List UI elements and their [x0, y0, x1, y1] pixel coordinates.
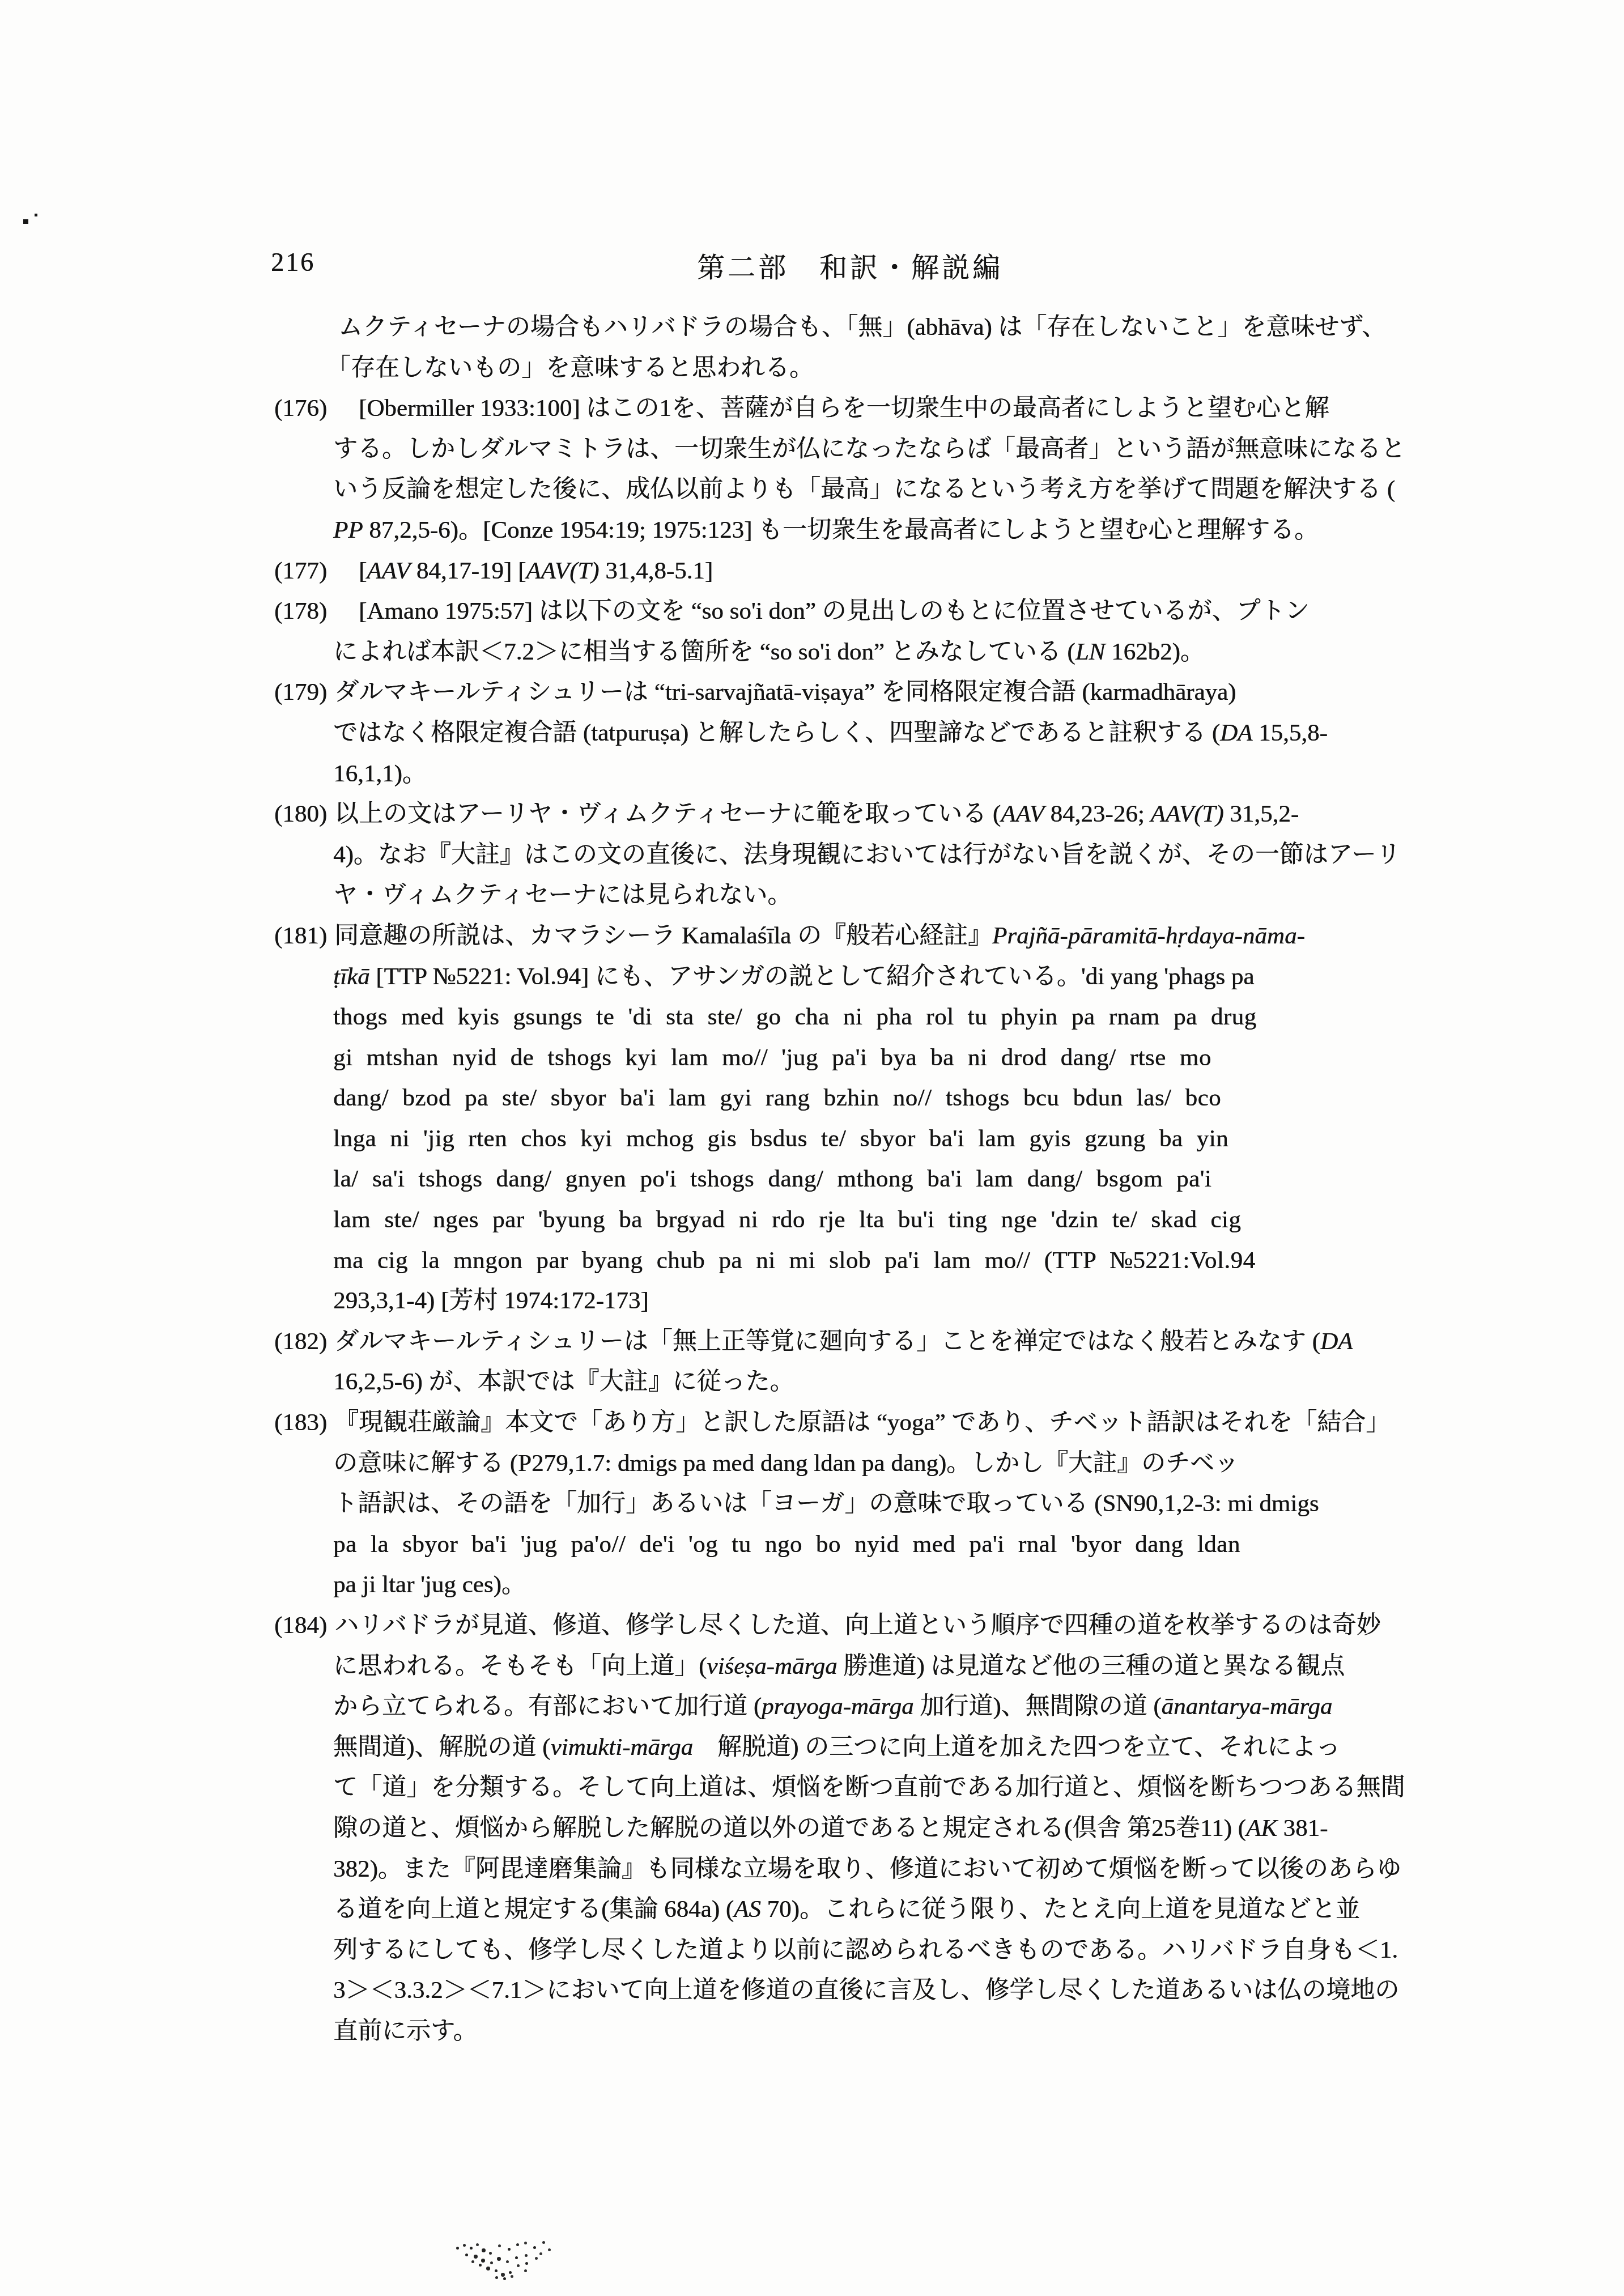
note-line: 無間道)、解脱の道 (vimukti-mārga 解脱道) の三つに向上道を加え…: [0, 1727, 1624, 1768]
italic-reference: AS: [734, 1896, 761, 1923]
note-line: (176) [Obermiller 1933:100] はこの1を、菩薩が自らを…: [0, 388, 1624, 429]
note-line: ma cig la mngon par byang chub pa ni mi …: [0, 1240, 1624, 1281]
note-line: PP 87,2,5-6)。[Conze 1954:19; 1975:123] も…: [0, 510, 1624, 551]
paragraph-line: ムクティセーナの場合もハリバドラの場合も、「無」(abhāva) は「存在しない…: [0, 307, 1624, 348]
italic-reference: vimukti-mārga: [550, 1734, 693, 1761]
note-number: (180): [274, 794, 334, 835]
note-line: の意味に解する (P279,1.7: dmigs pa med dang lda…: [0, 1443, 1624, 1484]
note-line: thogs med kyis gsungs te 'di sta ste/ go…: [0, 997, 1624, 1038]
note-line: (180)以上の文はアーリヤ・ヴィムクティセーナに範を取っている (AAV 84…: [0, 794, 1624, 835]
note-line: (177) [AAV 84,17-19] [AAV(T) 31,4,8-5.1]: [0, 551, 1624, 592]
note-line: によれば本訳＜7.2＞に相当する箇所を “so so'i don” とみなしてい…: [0, 632, 1624, 673]
page-number: 216: [271, 247, 315, 277]
italic-reference: AK: [1246, 1815, 1277, 1842]
note-number: (184): [274, 1605, 334, 1646]
note-line: 293,3,1-4) [芳村 1974:172-173]: [0, 1281, 1624, 1321]
italic-reference: viśeṣa-mārga: [707, 1653, 837, 1680]
note-line: (179)ダルマキールティシュリーは “tri-sarvajñatā-viṣay…: [0, 672, 1624, 713]
italic-reference: ṭīkā: [333, 963, 369, 990]
italic-reference: AAV(T): [526, 558, 599, 584]
paragraph-line: 「存在しないもの」を意味すると思われる。: [0, 348, 1624, 389]
note-line: 列するにしても、修学し尽くした道より以前に認められるべきものである。ハリバドラ自…: [0, 1930, 1624, 1971]
note-line: (183)『現観荘厳論』本文で「あり方」と訳した原語は “yoga” であり、チ…: [0, 1402, 1624, 1443]
scan-speck: [35, 214, 37, 216]
italic-reference: PP: [333, 517, 363, 543]
italic-reference: prayoga-mārga: [762, 1693, 913, 1720]
note-number: (177): [274, 551, 334, 592]
note-line: 4)。なお『大註』はこの文の直後に、法身現観においては行がない旨を説くが、その一…: [0, 835, 1624, 875]
note-line: る道を向上道と規定する(集論 684a) (AS 70)。これらに従う限り、たと…: [0, 1889, 1624, 1930]
note-line: lam ste/ nges par 'byung ba brgyad ni rd…: [0, 1200, 1624, 1240]
note-line: する。しかしダルマミトラは、一切衆生が仏になったならば「最高者」という語が無意味…: [0, 429, 1624, 470]
note-line: 直前に示す。: [0, 2011, 1624, 2052]
note-line: (184)ハリバドラが見道、修道、修学し尽くした道、向上道という順序で四種の道を…: [0, 1605, 1624, 1646]
note-line: pa ji ltar 'jug ces)。: [0, 1564, 1624, 1605]
content: ムクティセーナの場合もハリバドラの場合も、「無」(abhāva) は「存在しない…: [0, 307, 1624, 2052]
scanned-book-page: 216 第二部 和訳・解説編 ムクティセーナの場合もハリバドラの場合も、「無」(…: [0, 0, 1624, 2296]
italic-reference: ānantarya-mārga: [1162, 1693, 1333, 1720]
note-line: に思われる。そもそも「向上道」(viśeṣa-mārga 勝進道) は見道など他…: [0, 1646, 1624, 1687]
italic-reference: DA: [1320, 1328, 1353, 1355]
note-number: (176): [274, 388, 334, 429]
note-line: 3＞＜3.3.2＞＜7.1＞において向上道を修道の直後に言及し、修学し尽くした道…: [0, 1970, 1624, 2011]
scan-speck: [23, 219, 28, 224]
note-line: いう反論を想定した後に、成仏以前よりも「最高」になるという考え方を挙げて問題を解…: [0, 469, 1624, 510]
note-line: 16,2,5-6) が、本訳では『大註』に従った。: [0, 1362, 1624, 1402]
note-line: 382)。また『阿毘達磨集論』も同様な立場を取り、修道において初めて煩悩を断って…: [0, 1849, 1624, 1890]
note-line: la/ sa'i tshogs dang/ gnyen po'i tshogs …: [0, 1159, 1624, 1200]
note-line: lnga ni 'jig rten chos kyi mchog gis bsd…: [0, 1119, 1624, 1159]
note-number: (178): [274, 591, 334, 632]
note-line: から立てられる。有部において加行道 (prayoga-mārga 加行道)、無間…: [0, 1686, 1624, 1727]
note-line: dang/ bzod pa ste/ sbyor ba'i lam gyi ra…: [0, 1078, 1624, 1119]
note-line: ではなく格限定複合語 (tatpuruṣa) と解したらしく、四聖諦などであると…: [0, 713, 1624, 754]
note-line: (178) [Amano 1975:57] は以下の文を “so so'i do…: [0, 591, 1624, 632]
italic-reference: AAV(T): [1150, 801, 1223, 827]
note-number: (182): [274, 1321, 334, 1362]
italic-reference: AAV: [1001, 801, 1044, 827]
scan-smudge-artifact: [0, 0, 2, 2]
note-line: 隙の道と、煩悩から解脱した解脱の道以外の道であると規定される(倶舎 第25巻11…: [0, 1808, 1624, 1849]
italic-reference: Prajñā-pāramitā-hṛdaya-nāma-: [992, 922, 1305, 949]
note-line: gi mtshan nyid de tshogs kyi lam mo// 'j…: [0, 1038, 1624, 1078]
note-number: (181): [274, 916, 334, 956]
note-line: (181)同意趣の所説は、カマラシーラ Kamalaśīla の『般若心経註』P…: [0, 916, 1624, 956]
note-line: 16,1,1)。: [0, 754, 1624, 794]
note-line: pa la sbyor ba'i 'jug pa'o// de'i 'og tu…: [0, 1524, 1624, 1565]
note-line: ヤ・ヴィムクティセーナには見られない。: [0, 875, 1624, 916]
note-line: て「道」を分類する。そして向上道は、煩悩を断つ直前である加行道と、煩悩を断ちつつ…: [0, 1767, 1624, 1808]
note-line: (182)ダルマキールティシュリーは「無上正等覚に廻向する」ことを禅定ではなく般…: [0, 1321, 1624, 1362]
note-number: (183): [274, 1402, 334, 1443]
italic-reference: DA: [1220, 720, 1252, 746]
italic-reference: LN: [1075, 639, 1106, 665]
note-line: ト語訳は、その語を「加行」あるいは「ヨーガ」の意味で取っている (SN90,1,…: [0, 1483, 1624, 1524]
section-title: 第二部 和訳・解説編: [697, 246, 1003, 286]
note-line: ṭīkā [TTP №5221: Vol.94] にも、アサンガの説として紹介さ…: [0, 956, 1624, 997]
italic-reference: AAV: [367, 558, 410, 584]
note-number: (179): [274, 672, 334, 713]
